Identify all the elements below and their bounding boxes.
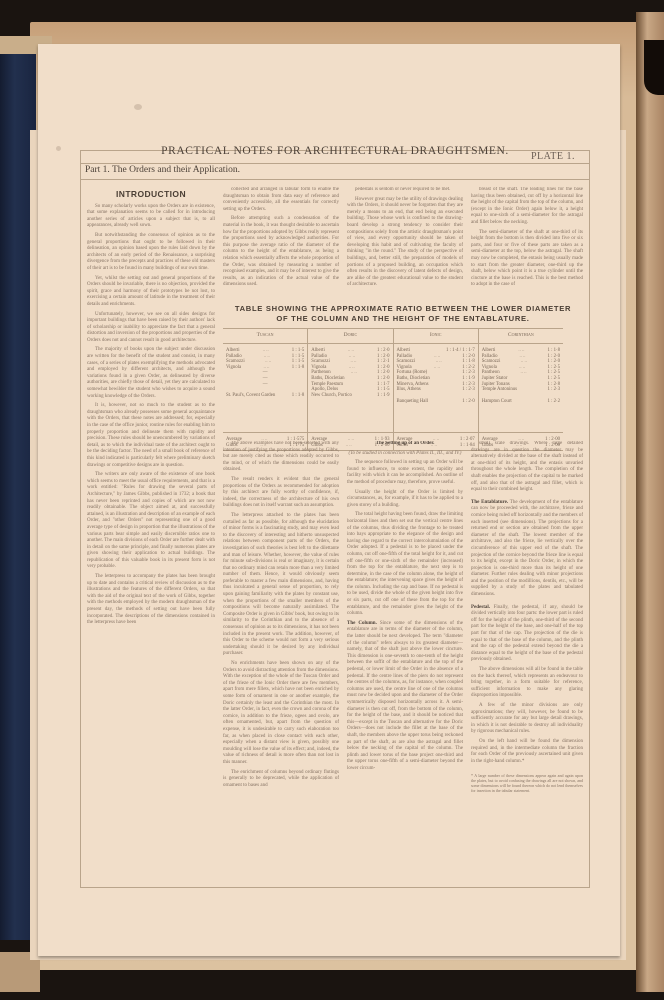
table-row: Hampton Court1 : 2·2 bbox=[482, 399, 560, 405]
setting-up-heading: The Setting up of an Order. bbox=[347, 441, 463, 448]
paragraph: Yet, whilst the setting out and general … bbox=[87, 276, 215, 309]
table-column-corinthian: Corinthian Alberti.. ..1 : 1·8 Palladio.… bbox=[479, 329, 563, 450]
plate-number: PLATE 1. bbox=[531, 151, 575, 162]
cover-right-edge bbox=[636, 12, 664, 992]
column-header: Tuscan bbox=[223, 329, 307, 344]
column-side-label: The Column. bbox=[347, 621, 377, 626]
table-cell bbox=[421, 387, 462, 393]
paragraph: The enrichment of columns beyond ordinar… bbox=[223, 770, 339, 790]
foxing-spot bbox=[56, 146, 61, 151]
paragraph: No enrichments have been shown on any of… bbox=[223, 661, 339, 767]
table-title: TABLE SHOWING THE APPROXIMATE RATIO BETW… bbox=[223, 304, 583, 324]
paragraph: A few of the minor divisions are only ap… bbox=[471, 703, 583, 736]
introduction-heading: INTRODUCTION bbox=[87, 191, 215, 198]
paragraph: It is, however, not so much to the stude… bbox=[87, 403, 215, 469]
header-rule bbox=[81, 163, 589, 164]
paragraph: The sequence followed in setting up an O… bbox=[347, 460, 463, 486]
text-column-2-top: collected and arranged in tabular form t… bbox=[223, 187, 339, 301]
paragraph: The majority of books upon the subject u… bbox=[87, 347, 215, 400]
paragraph: pedestals is seldom or never required to… bbox=[347, 187, 463, 194]
paragraph: The above examples have not been selecte… bbox=[223, 441, 339, 474]
table-cell bbox=[275, 393, 291, 399]
table-cell: Hampton Court bbox=[482, 399, 512, 405]
paragraph: The semi-diameter of the shaft at one-th… bbox=[471, 230, 583, 289]
table-row: St. Paul's, Covent Garden1 : 1·8 bbox=[226, 393, 304, 399]
table-cell: 1 : 1·9 bbox=[377, 393, 390, 399]
table-row: Banqueting Hall1 : 2·0 bbox=[397, 399, 475, 405]
paragraph: collected and arranged in tabular form t… bbox=[223, 187, 339, 213]
table-column-tuscan: Tuscan Alberti.. ..1 : 1·5 Palladio.. ..… bbox=[223, 329, 308, 450]
column-header: Ionic bbox=[394, 329, 478, 344]
table-cell: New Church, Portico bbox=[311, 393, 352, 399]
table-cell: Banqueting Hall bbox=[397, 399, 429, 405]
part-title: Part 1. The Orders and their Application… bbox=[85, 165, 240, 175]
text-column-4-bottom: small scale drawings. Where large detail… bbox=[471, 441, 583, 883]
footnote: * A large number of these dimensions app… bbox=[471, 773, 583, 793]
paragraph: Since some of the dimensions of the enta… bbox=[347, 621, 463, 771]
paragraph: The letterpress attached to the plates h… bbox=[223, 513, 339, 658]
paragraph: Unfortunately, however, we see on all si… bbox=[87, 312, 215, 345]
table-cell bbox=[352, 393, 377, 399]
table-cell: Illus, Athens bbox=[397, 387, 421, 393]
paragraph: The above dimensions will all be found i… bbox=[471, 667, 583, 700]
paragraph: But notwithstanding the consensus of opi… bbox=[87, 233, 215, 273]
table-cell: 1 : 2·3 bbox=[462, 387, 475, 393]
table-cell: St. Paul's, Covent Garden bbox=[226, 393, 275, 399]
table-cell: 1 : 2·2 bbox=[547, 399, 560, 405]
paragraph: Before attempting such a condensation of… bbox=[223, 216, 339, 289]
paragraph: The writers are only aware of the existe… bbox=[87, 472, 215, 571]
table-cell: 1 : 2·3 bbox=[547, 387, 560, 393]
table-cell: 1 : 1·8 bbox=[292, 365, 305, 371]
paragraph: Usually the height of the Order is limit… bbox=[347, 490, 463, 510]
paragraph: The development of the entablature can n… bbox=[471, 500, 583, 597]
pedestal-side-label: Pedestal. bbox=[471, 605, 490, 610]
table-cell bbox=[517, 387, 547, 393]
table-cell bbox=[512, 399, 548, 405]
table-cell: 1 : 2·0 bbox=[462, 399, 475, 405]
text-column-3-top: pedestals is seldom or never required to… bbox=[347, 187, 463, 301]
subnote: (To be studied in connection with Plates… bbox=[347, 451, 463, 458]
introduction-column: INTRODUCTION So many scholarly works upo… bbox=[87, 187, 215, 883]
table-row: Illus, Athens1 : 2·3 bbox=[397, 387, 475, 393]
foxing-spot bbox=[134, 104, 142, 110]
column-header: Doric bbox=[308, 329, 392, 344]
table-cell: Vignola bbox=[226, 365, 241, 371]
paragraph: The letterpress to accompany the plates … bbox=[87, 574, 215, 627]
table-row: Temple Antoninus1 : 2·3 bbox=[482, 387, 560, 393]
table-row: New Church, Portico1 : 1·9 bbox=[311, 393, 389, 399]
table-cell: Temple Antoninus bbox=[482, 387, 517, 393]
paragraph: On the left hand will be found the dimen… bbox=[471, 739, 583, 765]
cover-tear bbox=[644, 40, 664, 95]
table-title-line-2: OF THE COLUMN AND THE HEIGHT OF THE ENTA… bbox=[223, 314, 583, 324]
paragraph: The total height having been found, draw… bbox=[347, 512, 463, 618]
paragraph: small scale drawings. Where large detail… bbox=[471, 441, 583, 494]
paragraph: However great may be the utility of draw… bbox=[347, 197, 463, 289]
paragraph: The result renders it evident that the g… bbox=[223, 477, 339, 510]
table-cell bbox=[428, 399, 462, 405]
text-column-3-bottom: The Setting up of an Order. (To be studi… bbox=[347, 441, 463, 883]
text-column-2-bottom: The above examples have not been selecte… bbox=[223, 441, 339, 883]
plate-frame: PRACTICAL NOTES FOR ARCHITECTURAL DRAUGH… bbox=[80, 150, 590, 888]
table-cell: 1 : 1·8 bbox=[292, 393, 305, 399]
table-column-ionic: Ionic Alberti1 : 1·4 / 1 : 1·7 Palladio.… bbox=[394, 329, 479, 450]
ratio-table: Tuscan Alberti.. ..1 : 1·5 Palladio.. ..… bbox=[223, 328, 563, 451]
table-cell: — bbox=[263, 382, 268, 388]
table-column-doric: Doric Alberti.. ..1 : 2·0 Palladio.. ..1… bbox=[308, 329, 393, 450]
table-row: — bbox=[226, 382, 304, 388]
paragraph: So many scholarly works upon the Orders … bbox=[87, 204, 215, 230]
column-header: Corinthian bbox=[479, 329, 563, 344]
entablature-side-label: The Entablature. bbox=[471, 500, 508, 505]
table-title-line-1: TABLE SHOWING THE APPROXIMATE RATIO BETW… bbox=[223, 304, 583, 314]
paragraph: Finally, the pedestal, if any, should be… bbox=[471, 605, 583, 663]
header-rule bbox=[81, 179, 589, 180]
paragraph: breast of the shaft. The leading lines f… bbox=[471, 187, 583, 227]
text-column-4-top: breast of the shaft. The leading lines f… bbox=[471, 187, 583, 301]
plate-title: PRACTICAL NOTES FOR ARCHITECTURAL DRAUGH… bbox=[81, 145, 589, 157]
